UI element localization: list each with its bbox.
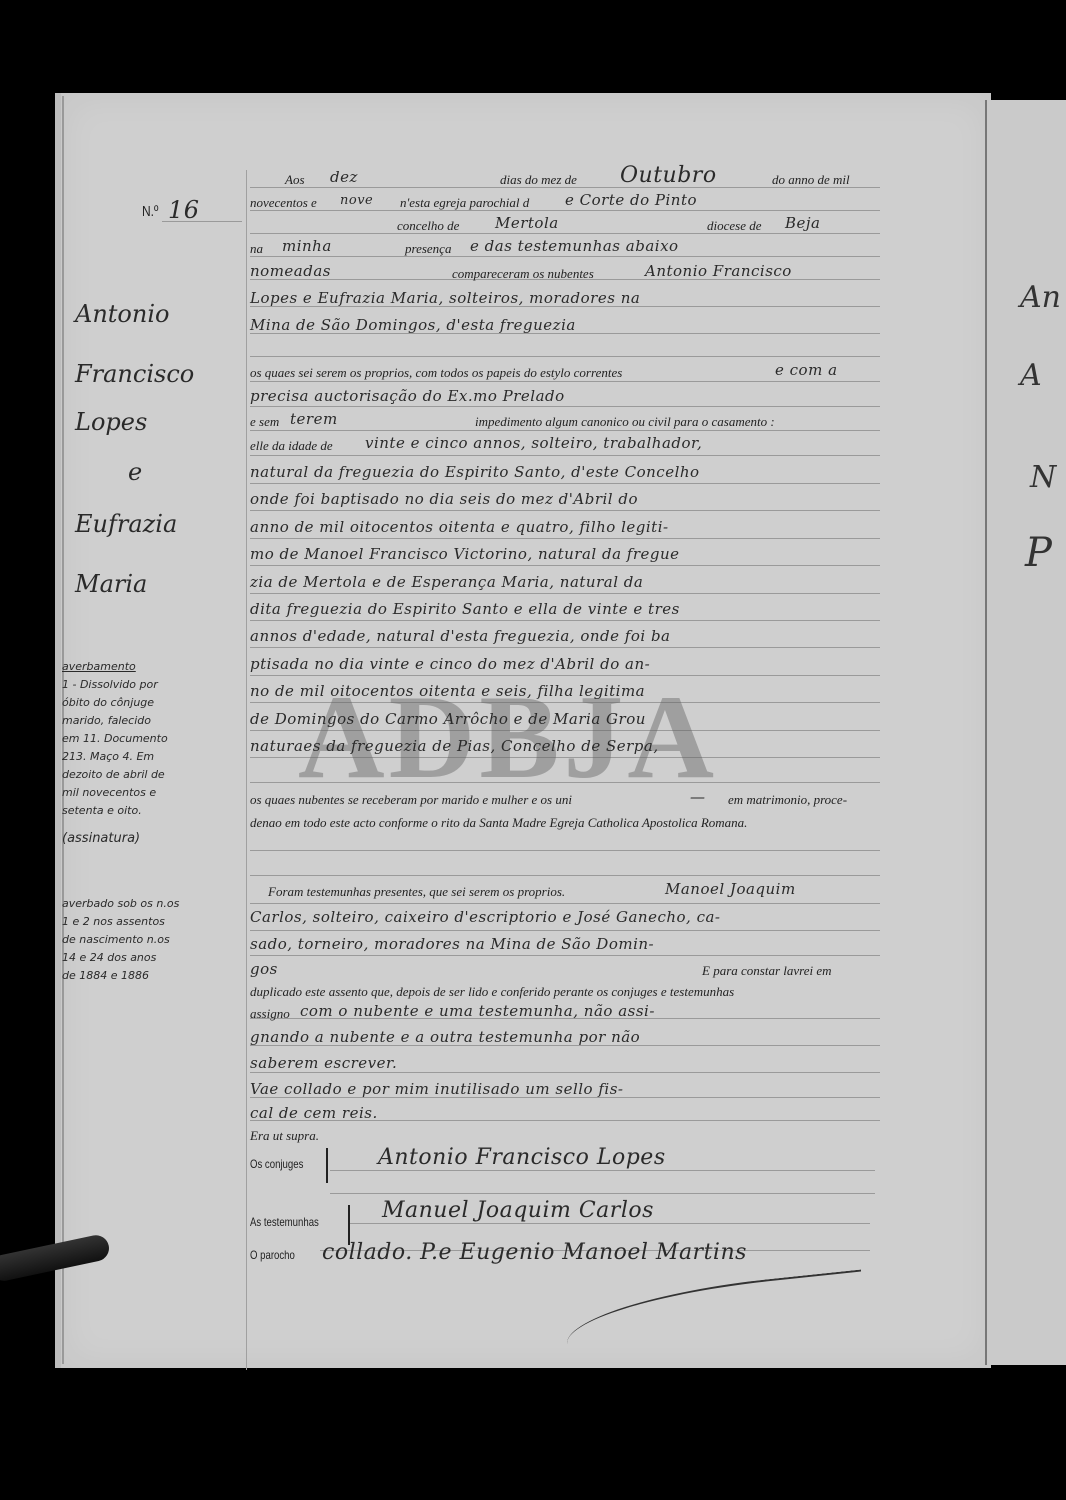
facing-page-text: A — [1020, 358, 1042, 393]
brace — [348, 1205, 350, 1245]
facing-page-text: N — [1030, 460, 1056, 495]
rule — [250, 483, 880, 484]
annotation-line: dezoito de abril de — [62, 766, 242, 784]
entry-number: 16 — [168, 196, 200, 224]
handwritten-text: dita freguezia do Espirito Santo e ella … — [250, 600, 680, 618]
rule — [250, 256, 880, 257]
handwritten-text: no de mil oitocentos oitenta e seis, fil… — [250, 682, 645, 700]
annotation-line: marido, falecido — [62, 712, 242, 730]
margin-name: Lopes — [75, 408, 147, 436]
annotation-line: de 1884 e 1886 — [62, 967, 242, 985]
handwritten-text: annos d'edade, natural d'esta freguezia,… — [250, 627, 670, 645]
handwritten-text: vinte e cinco annos, solteiro, trabalhad… — [365, 434, 702, 452]
printed-text: n'esta egreja parochial d — [400, 195, 529, 211]
annotation-note: averbamento 1 - Dissolvido por óbito do … — [62, 658, 242, 848]
printed-text: elle da idade de — [250, 438, 333, 454]
rule — [250, 1072, 880, 1073]
rule — [250, 620, 880, 621]
handwritten-text: ptisada no dia vinte e cinco do mez d'Ab… — [250, 655, 650, 673]
rule — [250, 593, 880, 594]
handwritten-text: Lopes e Eufrazia Maria, solteiros, morad… — [250, 289, 640, 307]
margin-column-divider — [246, 170, 247, 1370]
annotation-line: averbado sob os n.os — [62, 895, 242, 913]
printed-text: Foram testemunhas presentes, que sei ser… — [268, 884, 565, 900]
printed-text: diocese de — [707, 218, 762, 234]
rule — [250, 647, 880, 648]
annotation-note: averbado sob os n.os 1 e 2 nos assentos … — [62, 895, 242, 985]
printed-text: os quaes nubentes se receberam por marid… — [250, 792, 572, 808]
rule — [250, 955, 880, 956]
margin-name: Francisco — [75, 360, 194, 388]
handwritten-text: cal de cem reis. — [250, 1104, 378, 1122]
entry-number-label: N.º — [142, 203, 158, 220]
printed-text: dias do mez de — [500, 172, 577, 188]
margin-name: Maria — [75, 570, 147, 598]
handwritten-text: e das testemunhas abaixo — [470, 237, 679, 255]
margin-name: Antonio — [75, 300, 169, 328]
rule — [250, 850, 880, 851]
printed-text: em matrimonio, proce- — [728, 792, 847, 808]
rule — [250, 455, 880, 456]
handwritten-text: nomeadas — [250, 262, 331, 280]
facing-page-text: An — [1020, 280, 1061, 315]
printed-text: novecentos e — [250, 195, 317, 211]
printed-text: concelho de — [397, 218, 459, 234]
printed-text: na — [250, 241, 263, 257]
annotation-line: óbito do cônjuge — [62, 694, 242, 712]
handwritten-council: Mertola — [495, 214, 559, 232]
annotation-line: de nascimento n.os — [62, 931, 242, 949]
printed-text: os quaes sei serem os proprios, com todo… — [250, 365, 622, 381]
printed-text: e sem — [250, 414, 279, 430]
rule — [250, 381, 880, 382]
margin-name: Eufrazia — [75, 510, 177, 538]
margin-name: e — [128, 458, 142, 486]
handwritten-text: onde foi baptisado no dia seis do mez d'… — [250, 490, 638, 508]
annotation-line: em 11. Documento — [62, 730, 242, 748]
handwritten-text: mo de Manoel Francisco Victorino, natura… — [250, 545, 680, 563]
handwritten-text: gos — [250, 960, 278, 978]
printed-text: impedimento algum canonico ou civil para… — [475, 414, 775, 430]
rule — [250, 356, 880, 357]
rule — [250, 210, 880, 211]
rule — [350, 1223, 870, 1224]
handwritten-year: nove — [340, 193, 373, 208]
printed-text: duplicado este assento que, depois de se… — [250, 984, 734, 1000]
handwritten-text: anno de mil oitocentos oitenta e quatro,… — [250, 518, 669, 536]
handwritten-day: dez — [330, 168, 358, 186]
handwritten-groom-name: Antonio Francisco — [645, 262, 792, 280]
rule — [250, 510, 880, 511]
handwritten-text: gnando a nubente e a outra testemunha po… — [250, 1028, 640, 1046]
handwritten-text: de Domingos do Carmo Arrôcho e de Maria … — [250, 710, 646, 728]
rule — [250, 430, 880, 431]
handwritten-text: naturaes da freguezia de Pias, Concelho … — [250, 737, 659, 755]
rule — [250, 903, 880, 904]
printed-text: Era ut supra. — [250, 1128, 319, 1144]
annotation-line: setenta e oito. — [62, 802, 242, 820]
handwritten-text: terem — [290, 410, 338, 428]
printed-text: Aos — [285, 172, 305, 188]
annotation-title: averbamento — [62, 658, 242, 676]
rule — [250, 538, 880, 539]
annotation-line: 1 e 2 nos assentos — [62, 913, 242, 931]
annotation-signature: (assinatura) — [62, 830, 242, 848]
witness-signature: Manuel Joaquim Carlos — [382, 1198, 654, 1223]
groom-signature: Antonio Francisco Lopes — [378, 1145, 666, 1170]
handwritten-text: precisa auctorisação do Ex.mo Prelado — [250, 387, 565, 405]
rule — [250, 233, 880, 234]
handwritten-text: saberem escrever. — [250, 1054, 397, 1072]
printed-text: denao em todo este acto conforme o rito … — [250, 815, 747, 831]
facing-page-text: P — [1025, 530, 1052, 576]
handwritten-text: Mina de São Domingos, d'esta freguezia — [250, 316, 576, 334]
printed-text: E para constar lavrei em — [702, 963, 832, 979]
rule — [250, 875, 880, 876]
handwritten-text: zia de Mertola e de Esperança Maria, nat… — [250, 573, 643, 591]
spouses-label: Os conjuges — [250, 1157, 303, 1171]
rule — [250, 406, 880, 407]
priest-signature: collado. P.e Eugenio Manoel Martins — [322, 1240, 747, 1265]
handwritten-month: Outubro — [620, 163, 717, 188]
handwritten-text: Carlos, solteiro, caixeiro d'escriptorio… — [250, 908, 721, 926]
annotation-line: mil novecentos e — [62, 784, 242, 802]
priest-label: O parocho — [250, 1248, 295, 1262]
annotation-line: 1 - Dissolvido por — [62, 676, 242, 694]
rule — [250, 930, 880, 931]
handwritten-text: minha — [282, 237, 332, 255]
handwritten-witness-name: Manoel Joaquim — [665, 880, 796, 898]
handwritten-text: — — [690, 788, 706, 806]
printed-text: do anno de mil — [772, 172, 850, 188]
annotation-line: 14 e 24 dos anos — [62, 949, 242, 967]
printed-text: compareceram os nubentes — [452, 266, 594, 282]
annotation-line: 213. Maço 4. Em — [62, 748, 242, 766]
handwritten-parish: e Corte do Pinto — [565, 191, 697, 209]
printed-text: assigno — [250, 1006, 290, 1022]
brace — [326, 1148, 328, 1183]
handwritten-text: e com a — [775, 361, 838, 379]
handwritten-diocese: Beja — [785, 214, 821, 232]
rule — [162, 221, 242, 222]
book-gutter — [985, 100, 987, 1365]
rule — [330, 1193, 875, 1194]
witnesses-label: As testemunhas — [250, 1215, 319, 1229]
printed-text: presença — [405, 241, 451, 257]
rule — [250, 565, 880, 566]
rule — [330, 1170, 875, 1171]
handwritten-text: com o nubente e uma testemunha, não assi… — [300, 1002, 655, 1020]
handwritten-text: sado, torneiro, moradores na Mina de São… — [250, 935, 654, 953]
handwritten-text: Vae collado e por mim inutilisado um sel… — [250, 1080, 623, 1098]
handwritten-text: natural da freguezia do Espirito Santo, … — [250, 463, 700, 481]
